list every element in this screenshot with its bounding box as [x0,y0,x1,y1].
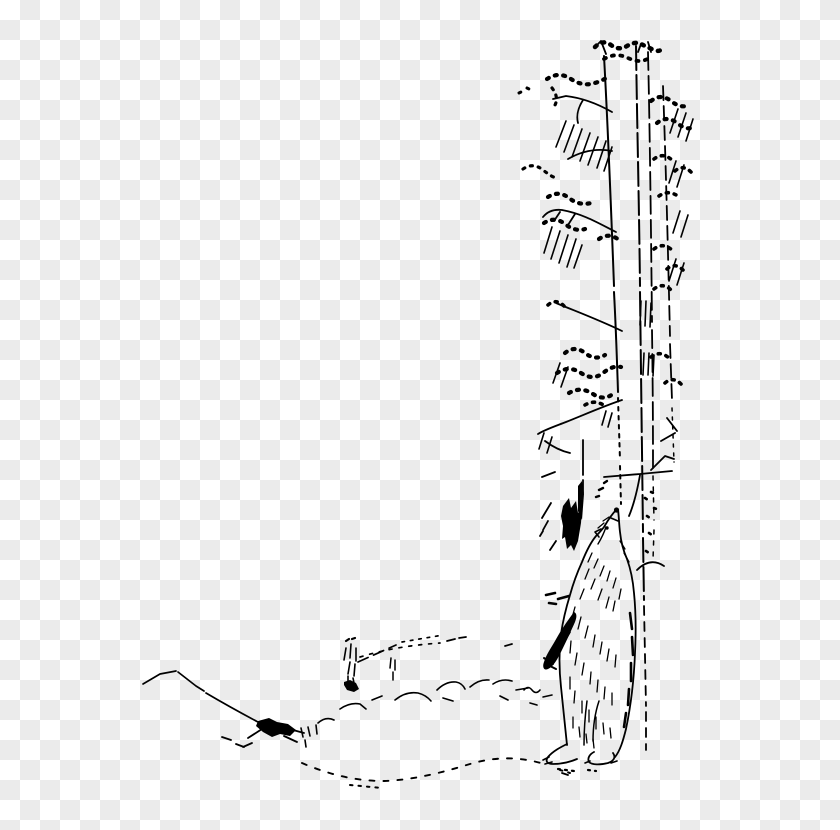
trunk-2-lower [644,606,646,750]
bear-and-pines-illustration [0,0,840,830]
bear-muzzle-fur [598,517,629,562]
bear-neck-fur [580,553,621,611]
bear [543,507,636,775]
trunk-speckles [645,492,659,553]
rock-clump-dark [256,718,296,737]
stray-mark-below-foot [562,773,568,775]
pine-trees [519,41,693,750]
bear-mouth [611,518,618,521]
trunk-2-right-lower [653,476,654,560]
soil-dotted-line [302,758,544,781]
branches [538,96,677,570]
ridge-line [143,671,204,691]
dots-left [519,88,531,93]
bear-feet [547,744,615,764]
tuft-mid-branch [544,194,619,240]
tuft-far-left [523,166,557,178]
grass-marks-small [301,725,317,747]
grass-tuft-dots [346,638,355,641]
upper-ridge-dotted [360,643,440,657]
rocks-middle [395,680,528,701]
tuft-top-2 [604,55,649,61]
tuft-upper-left [547,75,609,84]
small-marks-near-bear [524,688,552,706]
tuft-mid-small [585,402,605,406]
dead-branch-stub [540,481,584,604]
trunk-2-right-edge [648,52,653,470]
stub-strokes [540,503,556,550]
trunk-1 [604,56,618,392]
hatch-right-column [669,109,693,285]
tuft-droop [552,88,556,105]
rock-chain [318,696,382,723]
ridge-marks-right [447,637,512,646]
grass-tuft-blob [344,680,359,692]
soil-dots [350,770,570,788]
hatch-upper-left [556,121,612,171]
stub-lower-dashes [546,593,569,604]
trunk-1-lower [618,398,621,504]
underfoot-dots [558,769,596,771]
ground [143,635,570,788]
ridge-line-2 [206,693,258,722]
upper-ridge-dots-right [402,635,443,642]
hatch-left [544,227,582,268]
specks-above-bear [596,481,607,497]
grass-tuft-small [390,658,395,680]
bear-back-shading [624,613,633,727]
transparency-checkerboard-background [0,0,840,830]
bear-nose [614,507,619,512]
